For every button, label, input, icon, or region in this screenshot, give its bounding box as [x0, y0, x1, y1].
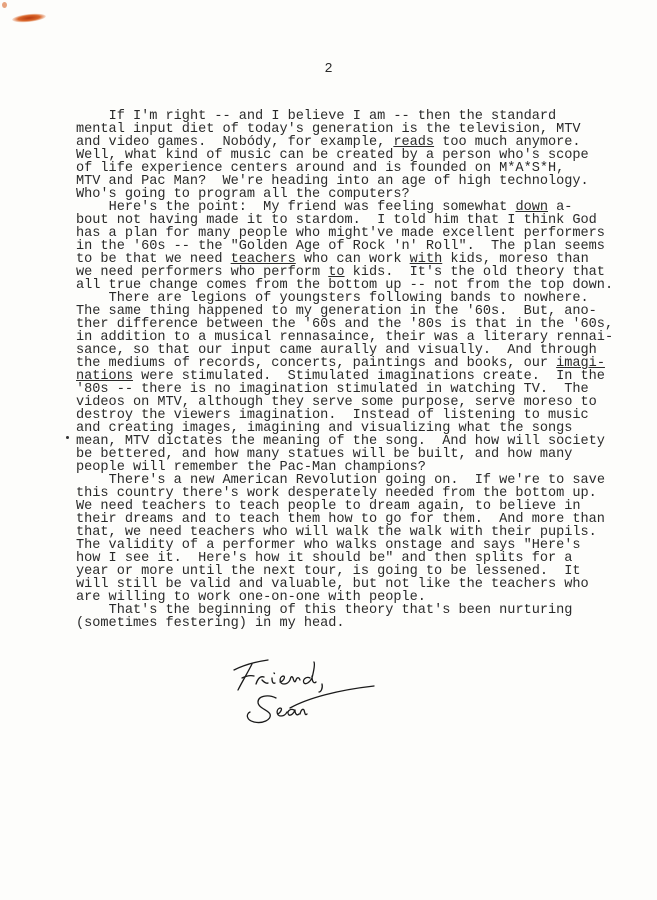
ink-stain — [12, 12, 47, 24]
signature-block: Friend, Sean — [228, 650, 378, 730]
letter-body: If I'm right -- and I believe I am -- th… — [76, 110, 596, 630]
margin-mark — [66, 436, 69, 439]
page-number: 2 — [0, 62, 657, 77]
ink-stain-small — [2, 2, 7, 8]
handwritten-signature-icon — [228, 650, 378, 730]
text-segment: (sometimes festering) in my head. — [76, 616, 345, 631]
text-line: (sometimes festering) in my head. — [76, 617, 596, 630]
